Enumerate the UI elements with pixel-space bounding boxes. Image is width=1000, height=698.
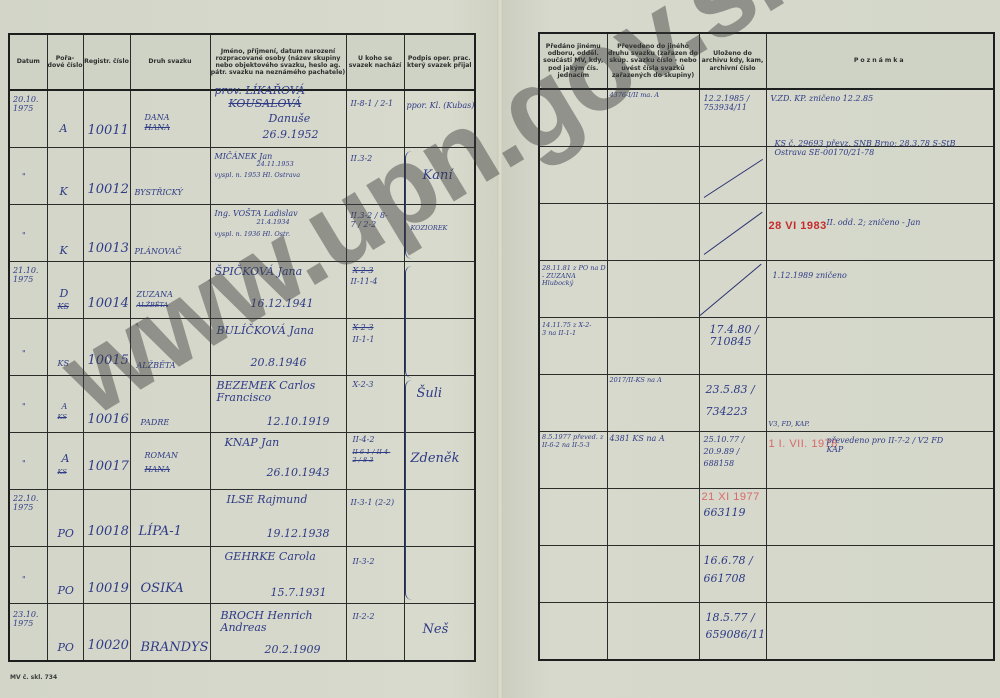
cell-registr: 10020 [83,604,130,662]
cell-predano: 8.5.1977 převed. z II-6-2 na II-5-3 [539,432,607,489]
cell-druh: BYSTŘICKÝ [130,148,210,205]
cell-druh: OSIKA [130,547,210,604]
cell-u-koho: II.3-2 [346,148,404,205]
cell-podpis: Kaní [404,148,475,205]
cell-predano [539,603,607,661]
cell-predano [539,489,607,546]
cell-ulozeno: 18.5.77 / 659086/11 [699,603,766,661]
table-row: 4376-I/II ma. A 12.2.1985 / 753934/11 V.… [539,89,994,147]
cell-datum: " [9,547,47,604]
cell-poznamka [766,546,994,603]
cell-druh: PADRE [130,376,210,433]
table-row: 23.10. 1975 PO 10020 BRANDYS BROCH Henri… [9,604,475,662]
date-stamp: 21 XI 1977 [702,491,760,503]
cell-u-koho: X-2-3 II-1-1 [346,319,404,376]
cell-druh: BRANDYS [130,604,210,662]
cell-jmeno: Ing. VOŠTA Ladislav 21.4.1934 vyspl. n. … [210,205,346,262]
cell-poznamka: 1.12.1989 zničeno [766,261,994,318]
cell-u-koho: II-8-1 / 2-1 [346,90,404,148]
cell-ulozeno: 23.5.83 / 734223 [699,375,766,432]
cell-u-koho: II-3-2 [346,547,404,604]
cell-registr: 10014 [83,262,130,319]
cell-druh: ZUZANA ALŽBĚTA [130,262,210,319]
cell-poradove: A KS [47,376,83,433]
header-row: Předáno jinému odboru, odděl. součásti M… [539,33,994,89]
cell-ulozeno: 16.6.78 / 661708 [699,546,766,603]
cell-datum: 23.10. 1975 [9,604,47,662]
cell-prevedeno [607,204,699,261]
cell-poradove: PO [47,547,83,604]
bracket-mark [405,151,412,259]
cell-ulozeno [699,261,766,318]
cell-registr: 10012 [83,148,130,205]
cell-u-koho: II-4-2 II-6-1 / II-4-2 / 8-3 [346,433,404,490]
header-podpis: Podpis oper. prac. který svazek přijal [404,34,475,90]
cell-poradove: A KS [47,433,83,490]
cell-datum: 21.10. 1975 [9,262,47,319]
cell-u-koho: II-3-1 (2-2) [346,490,404,547]
cell-predano [539,204,607,261]
cell-podpis [404,490,475,547]
cell-poradove: K [47,148,83,205]
cell-datum: 20.10. 1975 [9,90,47,148]
cell-prevedeno: 4381 KS na A [607,432,699,489]
cell-jmeno: GEHRKE Carola 15.7.1931 [210,547,346,604]
cell-datum: " [9,376,47,433]
cell-registr: 10015 [83,319,130,376]
header-registr-cislo: Registr. číslo [83,34,130,90]
cell-registr: 10019 [83,547,130,604]
cell-poradove: D KS [47,262,83,319]
cell-u-koho: X-2-3 [346,376,404,433]
table-row: 18.5.77 / 659086/11 [539,603,994,661]
cell-jmeno: prov. LÍKAŘOVÁ KOUSALOVÁ Danuše 26.9.195… [210,90,346,148]
cell-podpis: Neš [404,604,475,662]
date-stamp: 28 VI 1983 [769,220,827,232]
register-table-right: Předáno jinému odboru, odděl. součásti M… [538,32,995,661]
cell-ulozeno: 21 XI 1977 663119 [699,489,766,546]
cell-druh: LÍPA-1 [130,490,210,547]
cell-u-koho: II-2-2 [346,604,404,662]
table-row: 16.6.78 / 661708 [539,546,994,603]
cell-datum: " [9,319,47,376]
cell-prevedeno [607,603,699,661]
table-row: 28 VI 1983 II. odd. 2; zničeno - Jan [539,204,994,261]
cell-poradove: A [47,90,83,148]
header-row: Datum Pořa-dové číslo Registr. číslo Dru… [9,34,475,90]
cell-predano: 28.11.81 z PO na D - ZUZANA Hlubocký [539,261,607,318]
bracket-mark [405,380,412,600]
cell-poznamka [766,603,994,661]
table-row: 20.10. 1975 A 10011 DANA HANA prov. LÍKA… [9,90,475,148]
table-row: KS č. 29693 převz. SNB Brno; 28.3.78 S-S… [539,147,994,204]
cell-prevedeno [607,261,699,318]
header-jmeno: Jméno, příjmení, datum narození rozpraco… [210,34,346,90]
cell-registr: 10011 [83,90,130,148]
cell-u-koho: X-2-3 II-11-4 [346,262,404,319]
table-row: 2017/II-KS na A 23.5.83 / 734223 V3, FD,… [539,375,994,432]
cell-poznamka: 28 VI 1983 II. odd. 2; zničeno - Jan [766,204,994,261]
cell-poznamka: V.ZD. KP. zničeno 12.2.85 [766,89,994,147]
cell-podpis [404,547,475,604]
cell-predano [539,89,607,147]
cell-ulozeno [699,147,766,204]
cell-podpis: KOZIOREK [404,205,475,262]
header-predano: Předáno jinému odboru, odděl. součásti M… [539,33,607,89]
cell-poradove: PO [47,604,83,662]
book-gutter [497,0,503,698]
cell-registr: 10018 [83,490,130,547]
header-druh-svazku: Druh svazku [130,34,210,90]
cell-podpis: Zdeněk [404,433,475,490]
table-row: 21 XI 1977 663119 [539,489,994,546]
cell-jmeno: MIČÁNEK Jan 24.11.1953 vyspl. n. 1953 Hl… [210,148,346,205]
cell-ulozeno: 25.10.77 / 20.9.89 / 688158 [699,432,766,489]
header-poznamka: Poznámka [766,33,994,89]
cell-podpis: Šuli [404,376,475,433]
cell-datum: " [9,205,47,262]
bracket-mark [405,266,412,378]
cell-druh: DANA HANA [130,90,210,148]
cell-poznamka [766,318,994,375]
header-prevedeno: Převedeno do jiného druhu svazku (zařaze… [607,33,699,89]
cell-prevedeno [607,318,699,375]
cell-poznamka: 1 I. VII. 1978 převedeno pro II-7-2 / V2… [766,432,994,489]
cell-prevedeno [607,147,699,204]
table-row: 8.5.1977 převed. z II-6-2 na II-5-3 4381… [539,432,994,489]
cell-ulozeno [699,204,766,261]
cell-ulozeno: 12.2.1985 / 753934/11 [699,89,766,147]
cell-predano: 14.11.75 z X-2-3 na II-1-1 [539,318,607,375]
cell-jmeno: KNAP Jan 26.10.1943 [210,433,346,490]
table-row: 14.11.75 z X-2-3 na II-1-1 17.4.80 / 710… [539,318,994,375]
cell-registr: 10013 [83,205,130,262]
cell-datum: " [9,433,47,490]
cell-poznamka [766,489,994,546]
cell-jmeno: BROCH Henrich Andreas 20.2.1909 [210,604,346,662]
cell-jmeno: BULÍČKOVÁ Jana 20.8.1946 [210,319,346,376]
cell-datum: 22.10. 1975 [9,490,47,547]
cell-poradove: PO [47,490,83,547]
table-row: 28.11.81 z PO na D - ZUZANA Hlubocký 1.1… [539,261,994,318]
cell-prevedeno: 2017/II-KS na A [607,375,699,432]
cell-u-koho: II.3-2 / 8-7 / 2-2 [346,205,404,262]
cell-druh: PLÁNOVAČ [130,205,210,262]
cell-datum: " [9,148,47,205]
header-datum: Datum [9,34,47,90]
cell-poznamka: V3, FD, KAP. [766,375,994,432]
header-poradove-cislo: Pořa-dové číslo [47,34,83,90]
cell-jmeno: BEZEMEK Carlos Francisco 12.10.1919 [210,376,346,433]
cell-registr: 10017 [83,433,130,490]
cell-poradove: K [47,205,83,262]
cell-prevedeno [607,546,699,603]
form-number: MV č. skl. 734 [10,674,57,681]
cell-ulozeno: 17.4.80 / 710845 [699,318,766,375]
cell-podpis: ppor. Kl. (Kubas) [404,90,475,148]
cell-jmeno: ILSE Rajmund 19.12.1938 [210,490,346,547]
cell-druh: ROMAN HANA [130,433,210,490]
cell-prevedeno [607,489,699,546]
cell-registr: 10016 [83,376,130,433]
cell-prevedeno: 4376-I/II ma. A [607,89,699,147]
cell-predano [539,546,607,603]
cell-predano [539,147,607,204]
header-ulozeno: Uloženo do archivu kdy, kam, archivní čí… [699,33,766,89]
cell-poznamka: KS č. 29693 převz. SNB Brno; 28.3.78 S-S… [766,147,994,204]
cell-jmeno: ŠPIČKOVÁ Jana 16.12.1941 [210,262,346,319]
cell-podpis [404,319,475,376]
cell-poradove: KS [47,319,83,376]
cell-predano [539,375,607,432]
header-u-koho: U koho se svazek nachází [346,34,404,90]
cell-druh: ALŽBĚTA [130,319,210,376]
cell-podpis [404,262,475,319]
